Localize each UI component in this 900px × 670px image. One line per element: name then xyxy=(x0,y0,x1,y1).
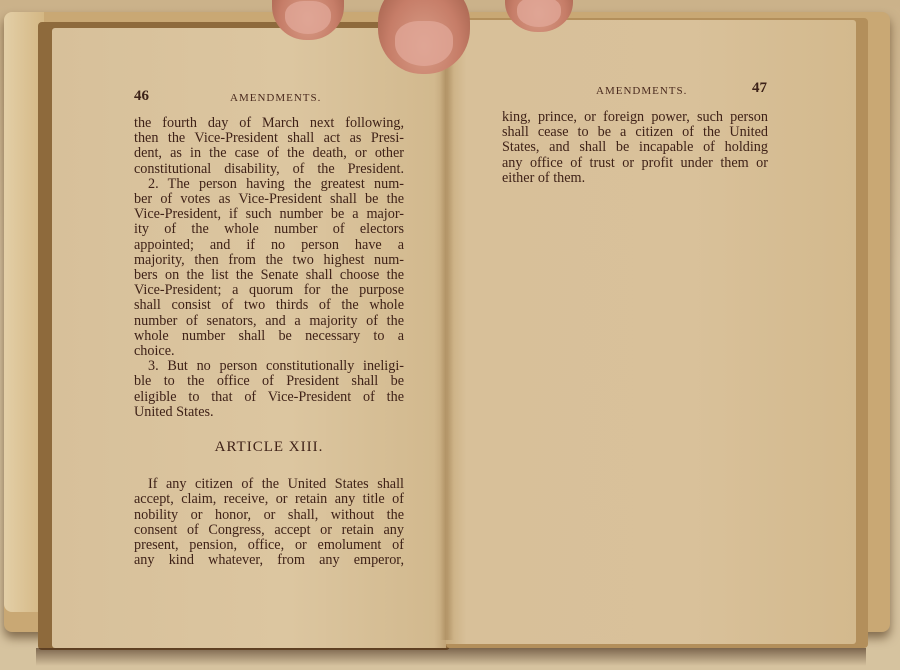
right-page-number: 47 xyxy=(752,80,767,97)
left-page-body: the fourth day of March next following, … xyxy=(134,116,404,568)
text-line: any office of trust or profit under them… xyxy=(502,156,768,171)
text-line: States, and shall be incapable of holdin… xyxy=(502,140,768,155)
text-line: nobility or honor, or shall, without the xyxy=(134,508,404,523)
text-line: any kind whatever, from any emperor, xyxy=(134,553,404,568)
text-line: appointed; and if no person have a xyxy=(134,238,404,253)
left-running-head: AMENDMENTS. xyxy=(230,92,321,104)
book-gutter xyxy=(440,30,454,640)
text-line: the fourth day of March next following, xyxy=(134,116,404,131)
text-line: constitutional disability, of the Presid… xyxy=(134,162,404,177)
text-line: shall consist of two thirds of the whole xyxy=(134,298,404,313)
text-line: bers on the list the Senate shall choose… xyxy=(134,268,404,283)
left-page-number: 46 xyxy=(134,88,149,105)
text-line: Vice-President, if such number be a majo… xyxy=(134,207,404,222)
text-line: Vice-President; a quorum for the purpose xyxy=(134,283,404,298)
text-line: either of them. xyxy=(502,171,768,186)
text-line: If any citizen of the United States shal… xyxy=(134,477,404,492)
text-line: ble to the office of President shall be xyxy=(134,374,404,389)
text-line: 2. The person having the greatest num- xyxy=(134,177,404,192)
text-line: present, pension, office, or emolument o… xyxy=(134,538,404,553)
book-shadow xyxy=(36,648,866,666)
text-line: shall cease to be a citizen of the Unite… xyxy=(502,125,768,140)
text-line: ity of the whole number of electors xyxy=(134,222,404,237)
text-line: then the Vice-President shall act as Pre… xyxy=(134,131,404,146)
right-page-body: king, prince, or foreign power, such per… xyxy=(502,110,768,186)
article-heading: ARTICLE XIII. xyxy=(134,440,404,455)
text-line: majority, then from the two highest num- xyxy=(134,253,404,268)
text-line: United States. xyxy=(134,405,404,420)
text-line: dent, as in the case of the death, or ot… xyxy=(134,146,404,161)
text-line: 3. But no person constitutionally inelig… xyxy=(134,359,404,374)
text-line: consent of Congress, accept or retain an… xyxy=(134,523,404,538)
text-line: number of senators, and a majority of th… xyxy=(134,314,404,329)
right-running-head: AMENDMENTS. xyxy=(596,85,687,97)
text-line: king, prince, or foreign power, such per… xyxy=(502,110,768,125)
text-line: accept, claim, receive, or retain any ti… xyxy=(134,492,404,507)
text-line: whole number shall be necessary to a xyxy=(134,329,404,344)
text-line: choice. xyxy=(134,344,404,359)
text-line: eligible to that of Vice-President of th… xyxy=(134,390,404,405)
text-line: ber of votes as Vice-President shall be … xyxy=(134,192,404,207)
